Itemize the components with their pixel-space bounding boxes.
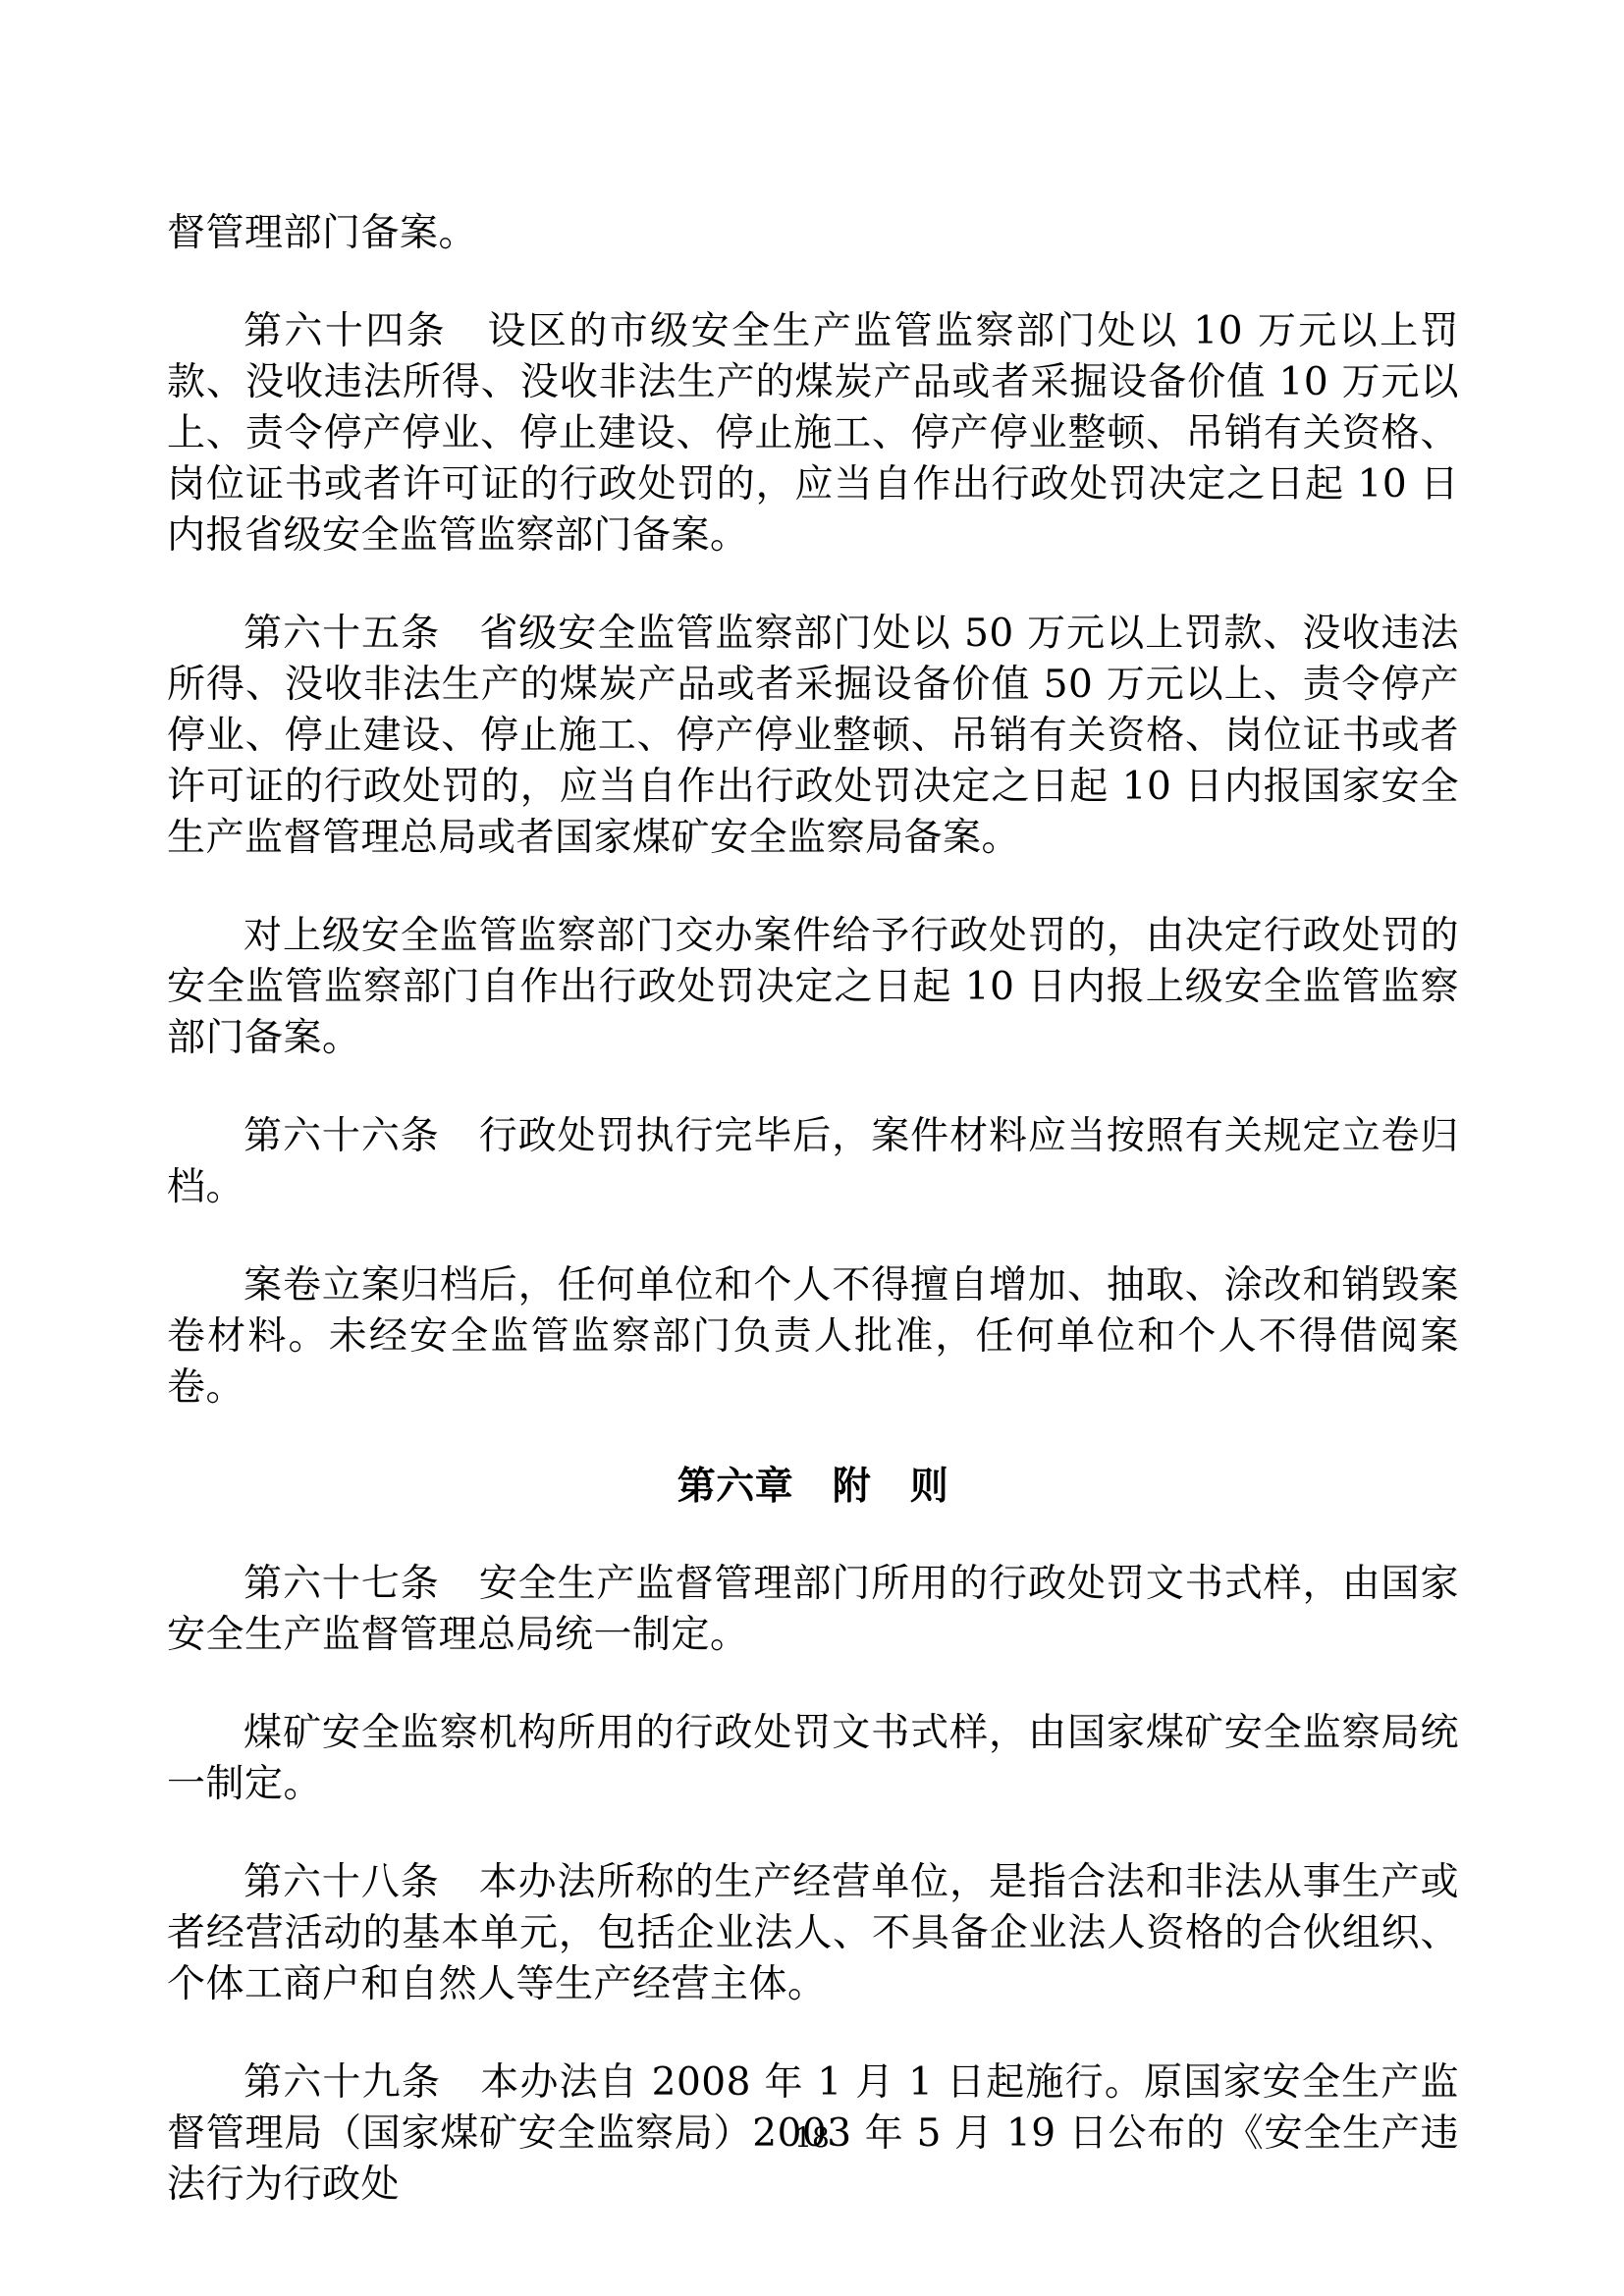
- paragraph-continuation: 督管理部门备案。: [167, 208, 1459, 259]
- paragraph-superior-cases: 对上级安全监管监察部门交办案件给予行政处罚的，由决定行政处罚的安全监管监察部门自…: [167, 911, 1459, 1064]
- chapter-heading: 第六章 附 则: [167, 1461, 1459, 1512]
- page-number: 18: [0, 2118, 1624, 2158]
- paragraph-coal-mine-documents: 煤矿安全监察机构所用的行政处罚文书式样，由国家煤矿安全监察局统一制定。: [167, 1708, 1459, 1810]
- paragraph-article-67: 第六十七条 安全生产监督管理部门所用的行政处罚文书式样，由国家安全生产监督管理总…: [167, 1559, 1459, 1661]
- document-body: 督管理部门备案。 第六十四条 设区的市级安全生产监管监察部门处以 10 万元以上…: [167, 208, 1459, 2211]
- paragraph-article-66: 第六十六条 行政处罚执行完毕后，案件材料应当按照有关规定立卷归档。: [167, 1111, 1459, 1213]
- paragraph-article-68: 第六十八条 本办法所称的生产经营单位，是指合法和非法从事生产或者经营活动的基本单…: [167, 1857, 1459, 2010]
- paragraph-article-64: 第六十四条 设区的市级安全生产监管监察部门处以 10 万元以上罚款、没收违法所得…: [167, 306, 1459, 561]
- document-page: 督管理部门备案。 第六十四条 设区的市级安全生产监管监察部门处以 10 万元以上…: [0, 0, 1624, 2296]
- paragraph-case-files: 案卷立案归档后，任何单位和个人不得擅自增加、抽取、涂改和销毁案卷材料。未经安全监…: [167, 1260, 1459, 1414]
- paragraph-article-65: 第六十五条 省级安全监管监察部门处以 50 万元以上罚款、没收违法所得、没收非法…: [167, 609, 1459, 864]
